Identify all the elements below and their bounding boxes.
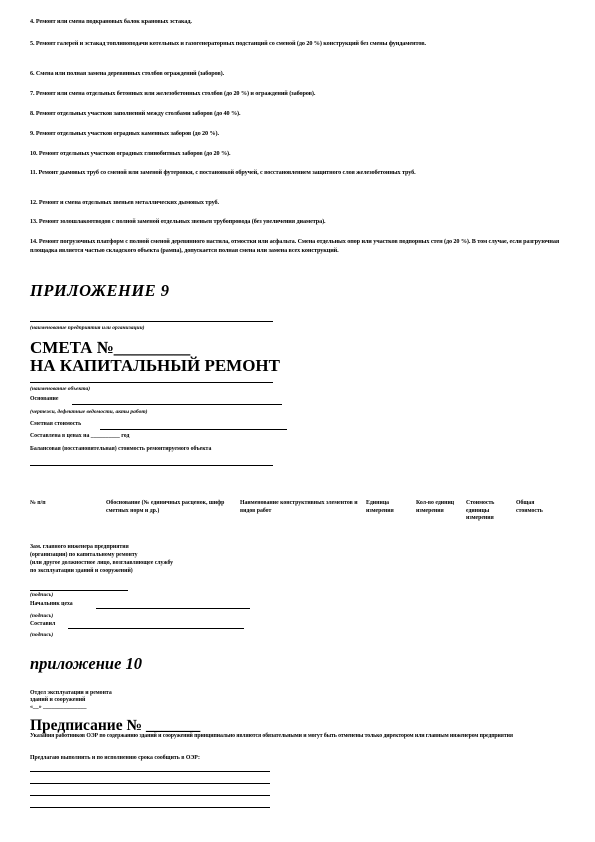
composed-label: Составлена в ценах на __________ год — [30, 433, 129, 441]
signature-caption-1: (подпись) — [30, 592, 53, 599]
composer-label: Составил — [30, 621, 55, 629]
list-item-4: 4. Ремонт или смена подкрановых балок кр… — [30, 18, 570, 27]
deputy-sign-line — [30, 590, 128, 591]
balance-label: Балансовая (восстановительная) стоимость… — [30, 446, 211, 454]
col-unit: Единица измерения — [366, 500, 410, 515]
list-item-11: 11. Ремонт дымовых труб со сменой или за… — [30, 169, 570, 178]
chief-line — [96, 608, 250, 609]
cost-label: Сметная стоимость — [30, 421, 81, 429]
col-unit-cost: Стоимость единицы измерения — [466, 500, 510, 523]
org-caption: (наименование предприятия или организаци… — [30, 325, 145, 332]
balance-line — [30, 465, 273, 466]
org-line — [30, 321, 273, 322]
instruction-line-4 — [30, 807, 270, 808]
instruction-line-2 — [30, 783, 270, 784]
instruction-line-1 — [30, 771, 270, 772]
list-item-14: 14. Ремонт погрузочных платформ с полной… — [30, 238, 570, 255]
smeta-subtitle: НА КАПИТАЛЬНЫЙ РЕМОНТ — [30, 357, 280, 375]
col-qty: Кол-во единиц измерения — [416, 500, 460, 515]
date-line: «__» _______________ — [30, 704, 87, 712]
order-instruction: Предлагаю выполнить и по исполнению срок… — [30, 755, 200, 763]
signature-line-3: (или другое должностное лицо, возглавляю… — [30, 560, 173, 568]
col-total: Общая стоимость — [516, 500, 560, 515]
list-item-7: 7. Ремонт или смена отдельных бетонных и… — [30, 90, 570, 99]
basis-label: Основание — [30, 396, 58, 404]
signature-line-4: по эксплуатации зданий и сооружений) — [30, 568, 133, 576]
list-item-6: 6. Смена или полная замена деревянных ст… — [30, 70, 570, 79]
smeta-title: СМЕТА №_________ НА КАПИТАЛЬНЫЙ РЕМОНТ — [30, 339, 280, 375]
signature-line-2: (организации) по капитальному ремонту — [30, 552, 138, 560]
instruction-line-3 — [30, 795, 270, 796]
order-note: Указания работников ОЭР по содержанию зд… — [30, 733, 570, 741]
cost-line — [100, 429, 287, 430]
basis-line — [72, 404, 282, 405]
signature-caption-2: (подпись) — [30, 613, 53, 620]
list-item-10: 10. Ремонт отдельных участков оградных г… — [30, 150, 570, 159]
col-basis: Обоснование (№ единичных расценок, шифр … — [106, 500, 232, 515]
list-item-9: 9. Ремонт отдельных участков оградных ка… — [30, 130, 570, 139]
appendix-10-title: приложение 10 — [30, 654, 142, 674]
signature-line-1: Зам. главного инженера предприятия — [30, 544, 129, 552]
object-caption: (наименование объекта) — [30, 386, 90, 393]
chief-label: Начальник цеха — [30, 601, 73, 609]
list-item-8: 8. Ремонт отдельных участков заполнений … — [30, 110, 570, 119]
smeta-number: СМЕТА №_________ — [30, 339, 280, 357]
composer-line — [68, 628, 244, 629]
appendix-9-title: ПРИЛОЖЕНИЕ 9 — [30, 281, 170, 301]
object-line — [30, 382, 273, 383]
list-item-5: 5. Ремонт галерей и эстакад топливоподач… — [30, 40, 570, 49]
list-item-13: 13. Ремонт золошлакоотводов с полной зам… — [30, 218, 570, 227]
list-item-12: 12. Ремонт и смена отдельных звеньев мет… — [30, 199, 570, 208]
signature-caption-3: (подпись) — [30, 632, 53, 639]
col-name: Наименование конструктивных элементов и … — [240, 500, 358, 515]
col-number: № п/п — [30, 500, 90, 508]
basis-caption: (чертежи, дефектные ведомости, акты рабо… — [30, 409, 147, 416]
